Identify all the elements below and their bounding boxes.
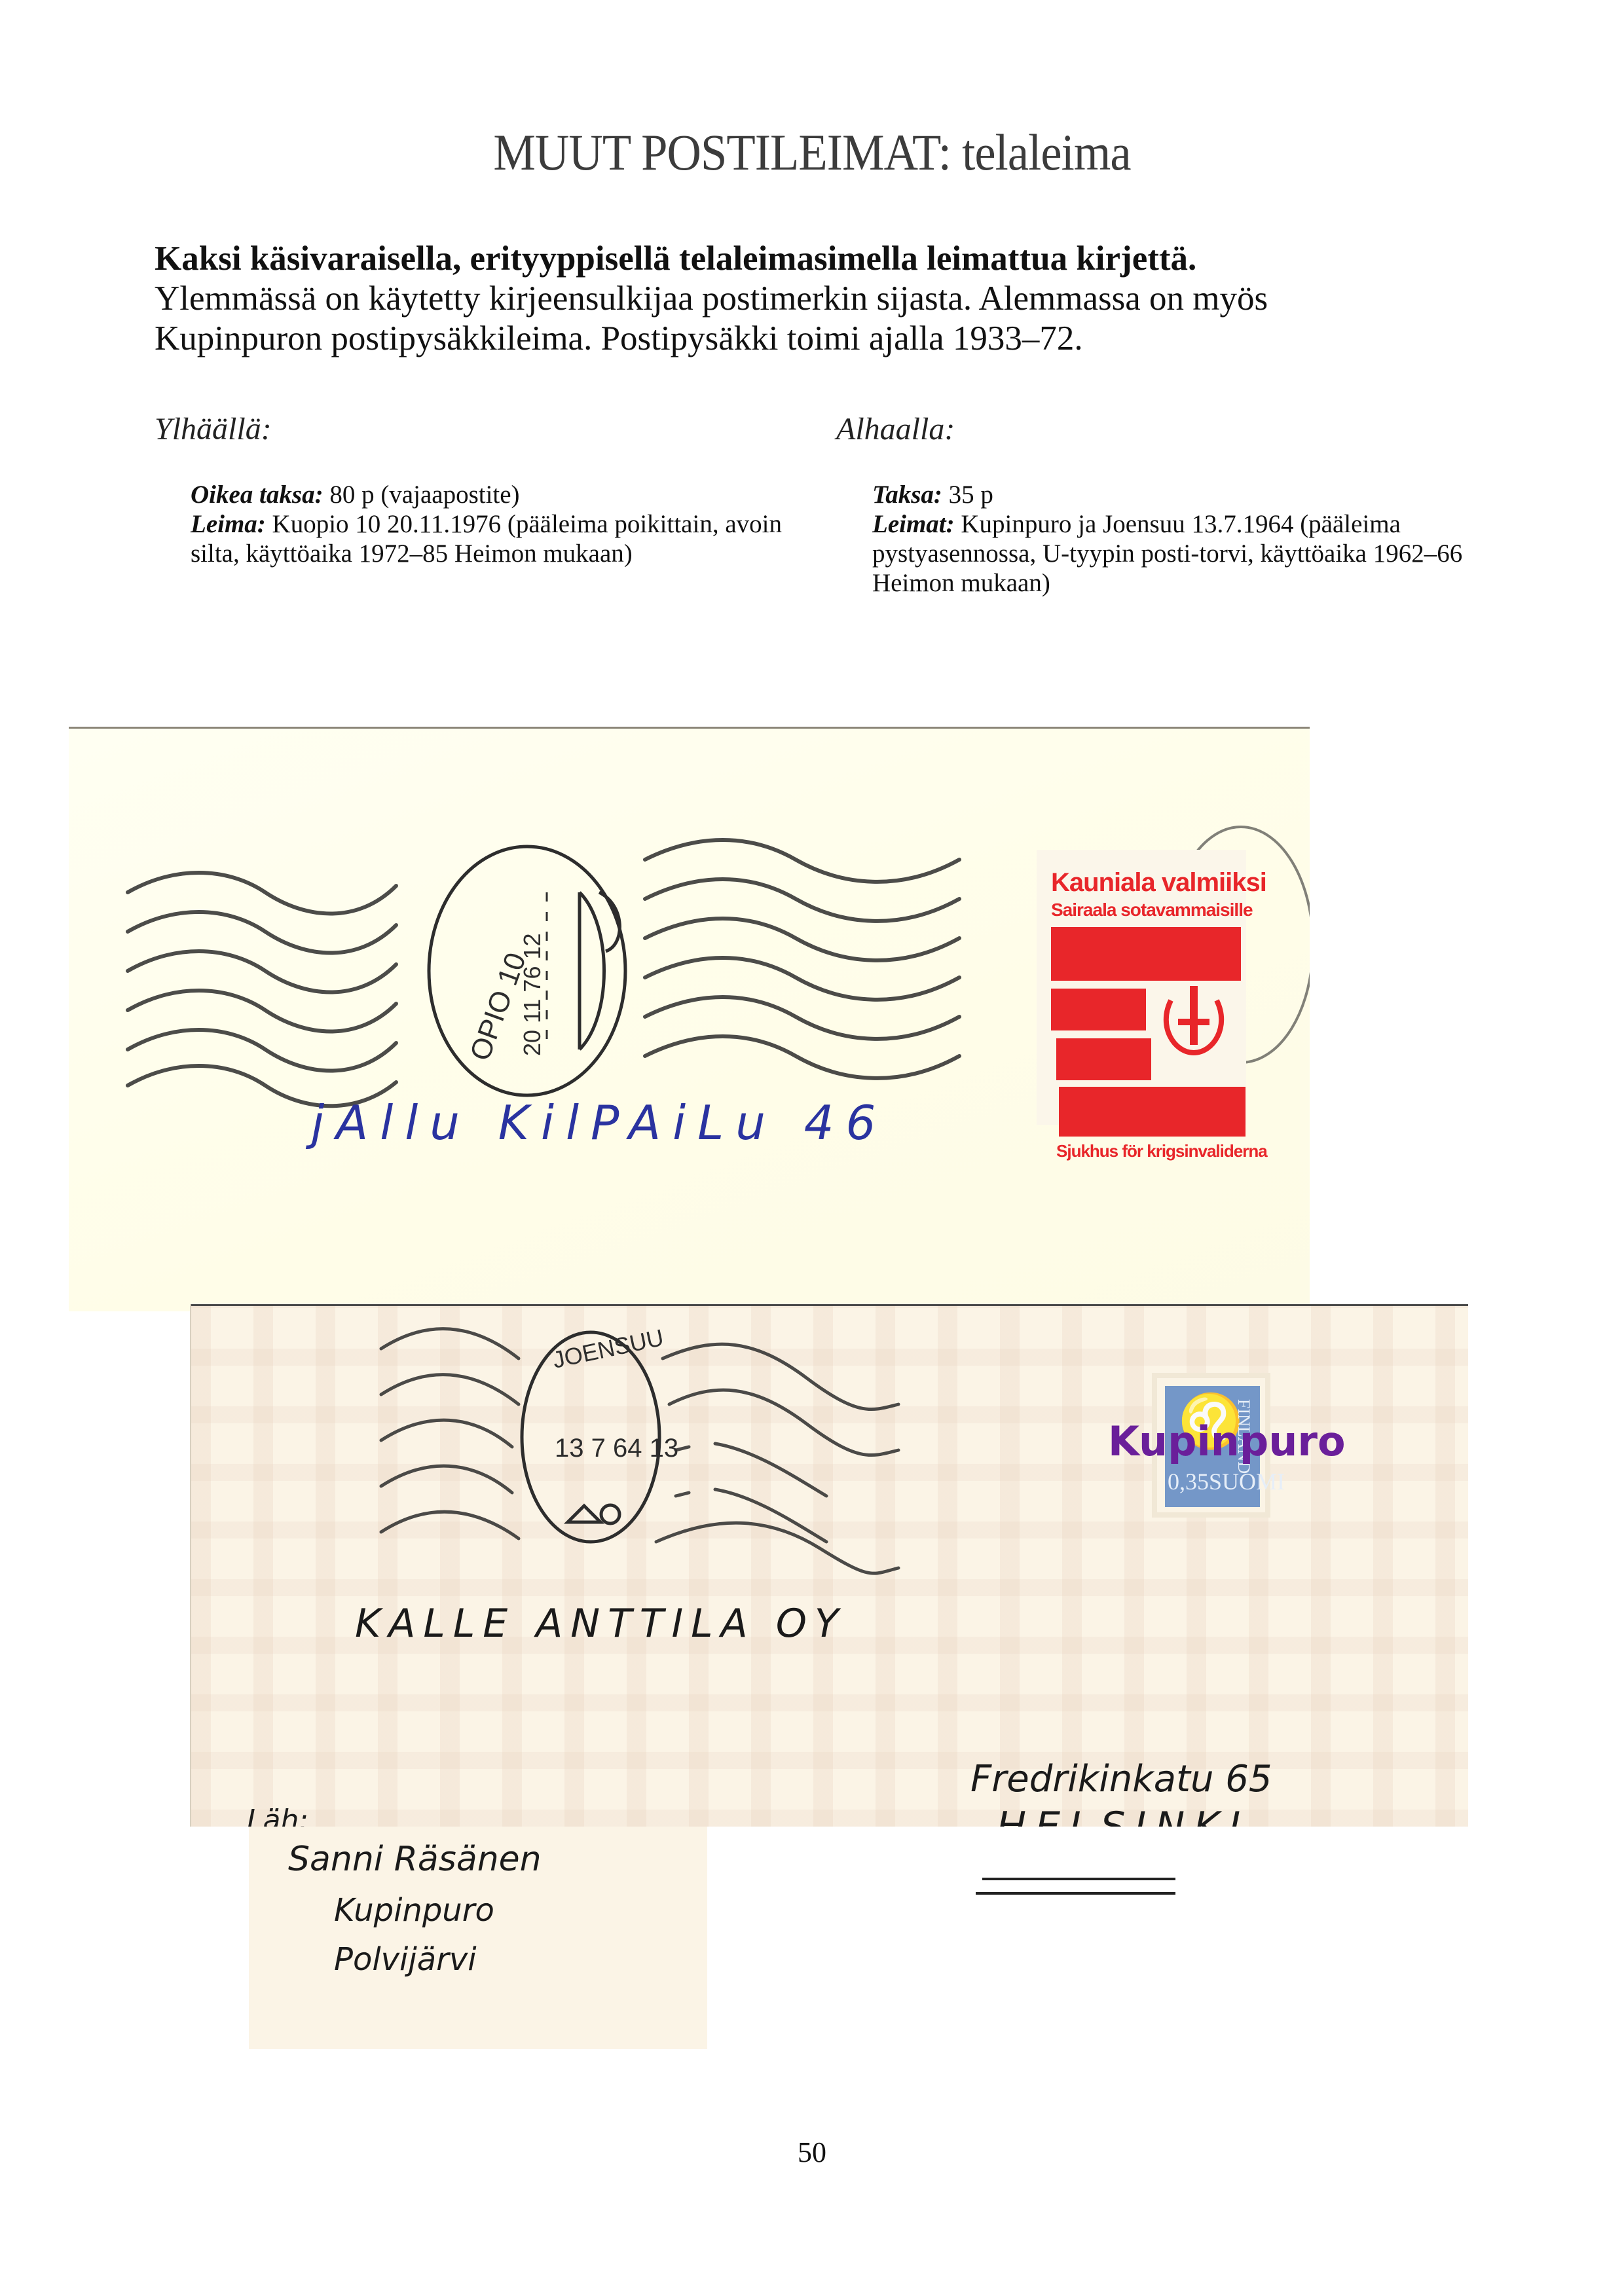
upper-notes-heading: Ylhäällä: — [155, 411, 783, 447]
lower-notes-heading: Alhaalla: — [836, 411, 1491, 447]
recipient-city: HELSINKI — [997, 1804, 1249, 1827]
helsinki-underline-2 — [976, 1892, 1175, 1895]
upper-rate-row: Oikea taksa: 80 p (vajaapostite) — [191, 480, 783, 509]
lower-rate-label: Taksa: — [872, 481, 942, 509]
stamp-country: SUOMI — [1209, 1468, 1285, 1495]
posthorn-icon — [568, 1505, 619, 1523]
lower-cancel-value: Kupinpuro ja Joensuu 13.7.1964 (pääleima… — [872, 510, 1462, 597]
sword-wreath-icon — [1154, 981, 1233, 1059]
sender-label: Läh: — [247, 1804, 308, 1827]
sender-block: Sanni Räsänen Kupinpuro Polvijärvi — [249, 1827, 707, 2049]
lower-rate-value: 35 p — [942, 481, 993, 509]
lower-rate-row: Taksa: 35 p — [872, 480, 1491, 509]
upper-cover-notes: Ylhäällä: Oikea taksa: 80 p (vajaapostit… — [155, 411, 783, 568]
svg-text:13 7 64 13: 13 7 64 13 — [555, 1434, 678, 1463]
lower-cancel-label: Leimat: — [872, 510, 955, 538]
page-title: MUUT POSTILEIMAT: telaleima — [57, 123, 1567, 182]
kupinpuro-station-cancel: Kupinpuro — [1108, 1417, 1346, 1465]
recipient-name: KALLE ANTTILA OY — [355, 1601, 847, 1647]
upper-cancel-label: Leima: — [191, 510, 266, 538]
intro-paragraph: Kaksi käsivaraisella, erityyppisellä tel… — [155, 239, 1438, 359]
stamp-value: 0,35 — [1168, 1468, 1209, 1495]
sender-place1: Kupinpuro — [334, 1892, 494, 1929]
sender-place2: Polvijärvi — [334, 1941, 477, 1978]
svg-text:JOENSUU: JOENSUU — [550, 1324, 666, 1374]
page-number: 50 — [0, 2136, 1624, 2169]
label-line3: Sjukhus för krigsinvaliderna — [1056, 1141, 1267, 1161]
lower-cover-notes: Alhaalla: Taksa: 35 p Leimat: Kupinpuro … — [836, 411, 1491, 598]
svg-text:20 11 76 12: 20 11 76 12 — [519, 933, 545, 1056]
lower-envelope-image: JOENSUU 13 7 64 13 ♌ FINLAND 0,35SUOMI K… — [191, 1304, 1468, 1827]
joensuu-roller-cancel: JOENSUU 13 7 64 13 — [191, 1306, 1468, 1827]
upper-envelope-image: OPIO 10 20 11 76 12 Kauniala valmiiksi S… — [69, 727, 1310, 1311]
lower-cancel-row: Leimat: Kupinpuro ja Joensuu 13.7.1964 (… — [872, 509, 1491, 598]
upper-handwritten-address: jAllu KilPAiLu 46 — [311, 1095, 887, 1150]
intro-body: Ylemmässä on käytetty kirjeensulkijaa po… — [155, 279, 1438, 359]
label-line2: Sairaala sotavammaisille — [1051, 900, 1253, 920]
helsinki-underline — [982, 1878, 1175, 1880]
intro-lead: Kaksi käsivaraisella, erityyppisellä tel… — [155, 239, 1438, 279]
label-line1: Kauniala valmiiksi — [1051, 868, 1266, 898]
upper-rate-label: Oikea taksa: — [191, 481, 323, 509]
upper-rate-value: 80 p (vajaapostite) — [323, 481, 520, 509]
kauniala-label-stamp: Kauniala valmiiksi Sairaala sotavammaisi… — [1037, 850, 1246, 1125]
upper-cancel-row: Leima: Kuopio 10 20.11.1976 (pääleima po… — [191, 509, 783, 568]
recipient-street: Fredrikinkatu 65 — [970, 1758, 1272, 1800]
sender-name: Sanni Räsänen — [288, 1840, 542, 1879]
upper-cancel-value: Kuopio 10 20.11.1976 (pääleima poikittai… — [191, 510, 782, 568]
